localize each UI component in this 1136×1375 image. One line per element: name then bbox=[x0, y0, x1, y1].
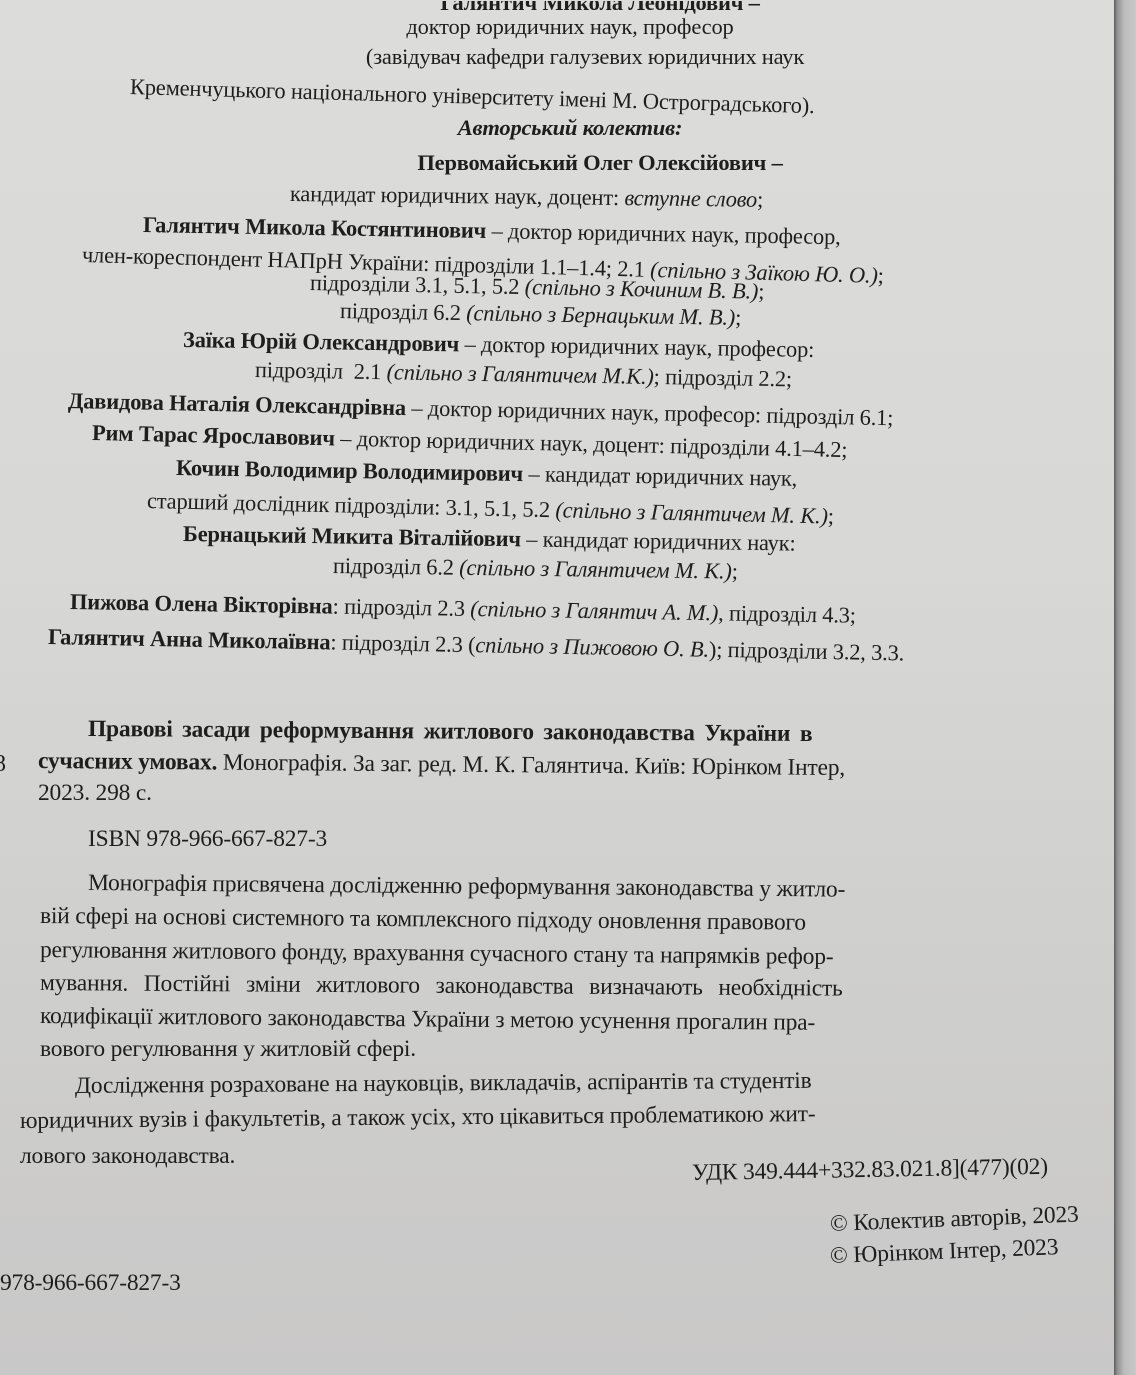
abstract-line: Дослідження розраховане на науковців, ви… bbox=[75, 1070, 812, 1099]
editor-degree: доктор юридичних наук, професор bbox=[280, 16, 860, 39]
book-title-line-1: Правові засади реформування житлового за… bbox=[88, 718, 813, 747]
book-pages: 2023. 298 с. bbox=[38, 782, 152, 806]
isbn: ISBN 978-966-667-827-3 bbox=[88, 828, 327, 852]
margin-mark: 8 bbox=[0, 752, 6, 776]
author-name: Пижова Олена Вікторівна bbox=[70, 589, 333, 619]
abstract-line: лового законодавства. bbox=[20, 1145, 235, 1169]
abstract-line: мування. Постійні зміни житлового законо… bbox=[40, 972, 843, 1001]
author-entry: Первомайський Олег Олексійович – bbox=[300, 152, 900, 175]
author-name: Заїка Юрій Олександрович bbox=[183, 327, 460, 356]
author-name: Первомайський Олег Олексійович bbox=[417, 150, 766, 175]
editor-name-cutoff: Галянтич Микола Леонідович – bbox=[300, 0, 900, 15]
authors-heading: Авторський колектив: bbox=[330, 117, 810, 140]
author-name: Бернацький Микита Віталійович bbox=[183, 521, 521, 551]
page-edge-shadow bbox=[1114, 0, 1136, 1375]
abstract-line: вового регулювання у житловій сфері. bbox=[40, 1038, 416, 1062]
editor-position: (завідувач кафедри галузевих юридичних н… bbox=[265, 46, 905, 69]
isbn-bottom: 978-966-667-827-3 bbox=[0, 1272, 181, 1296]
